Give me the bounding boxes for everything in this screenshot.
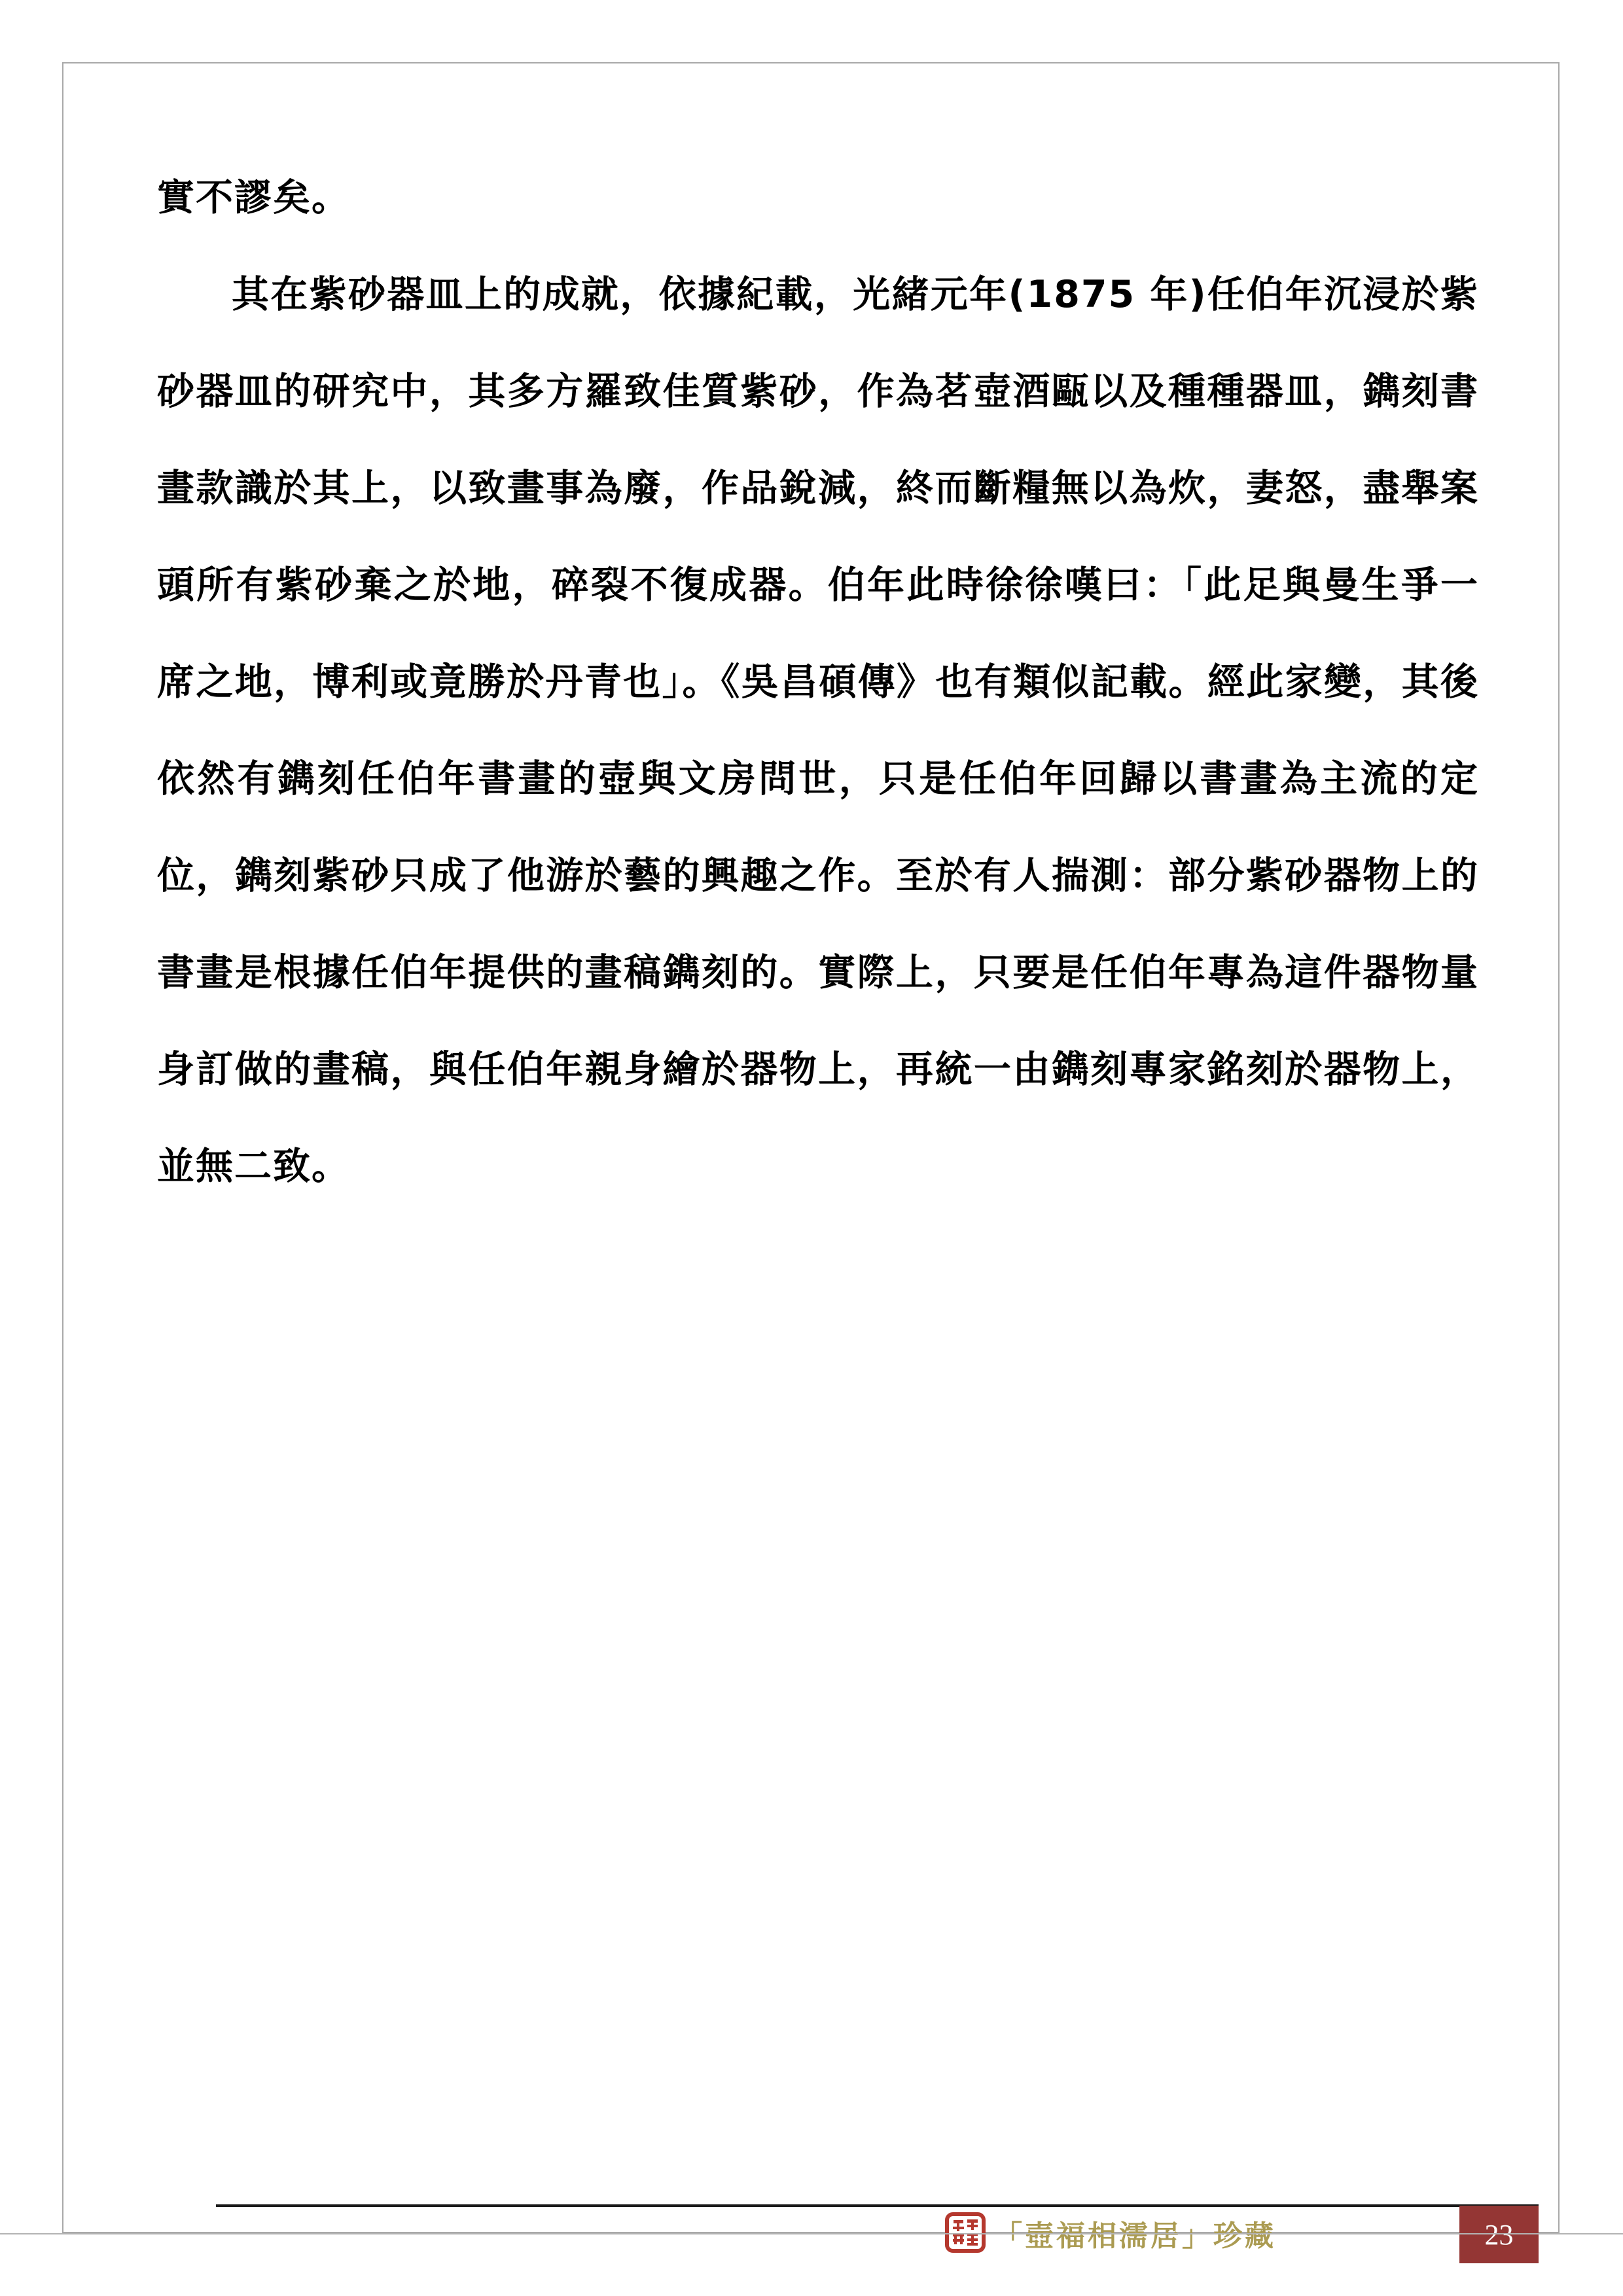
bottom-hairline <box>0 2233 1623 2234</box>
page-number: 23 <box>1485 2218 1514 2251</box>
collection-label: 「壺福相濡居」珍藏 <box>993 2216 1276 2257</box>
paragraph-2: 其在紫砂器皿上的成就，依據紀載，光緒元年(1875 年)任伯年沉浸於紫砂器皿的研… <box>157 246 1479 1215</box>
body-text: 實不謬矣。 其在紫砂器皿上的成就，依據紀載，光緒元年(1875 年)任伯年沉浸於… <box>157 149 1479 1215</box>
collection-seal-icon <box>945 2212 986 2253</box>
page-number-badge: 23 <box>1459 2206 1539 2263</box>
footer-rule <box>216 2204 1539 2207</box>
document-page: 實不謬矣。 其在紫砂器皿上的成就，依據紀載，光緒元年(1875 年)任伯年沉浸於… <box>0 0 1623 2296</box>
paragraph-1: 實不謬矣。 <box>157 149 1479 246</box>
